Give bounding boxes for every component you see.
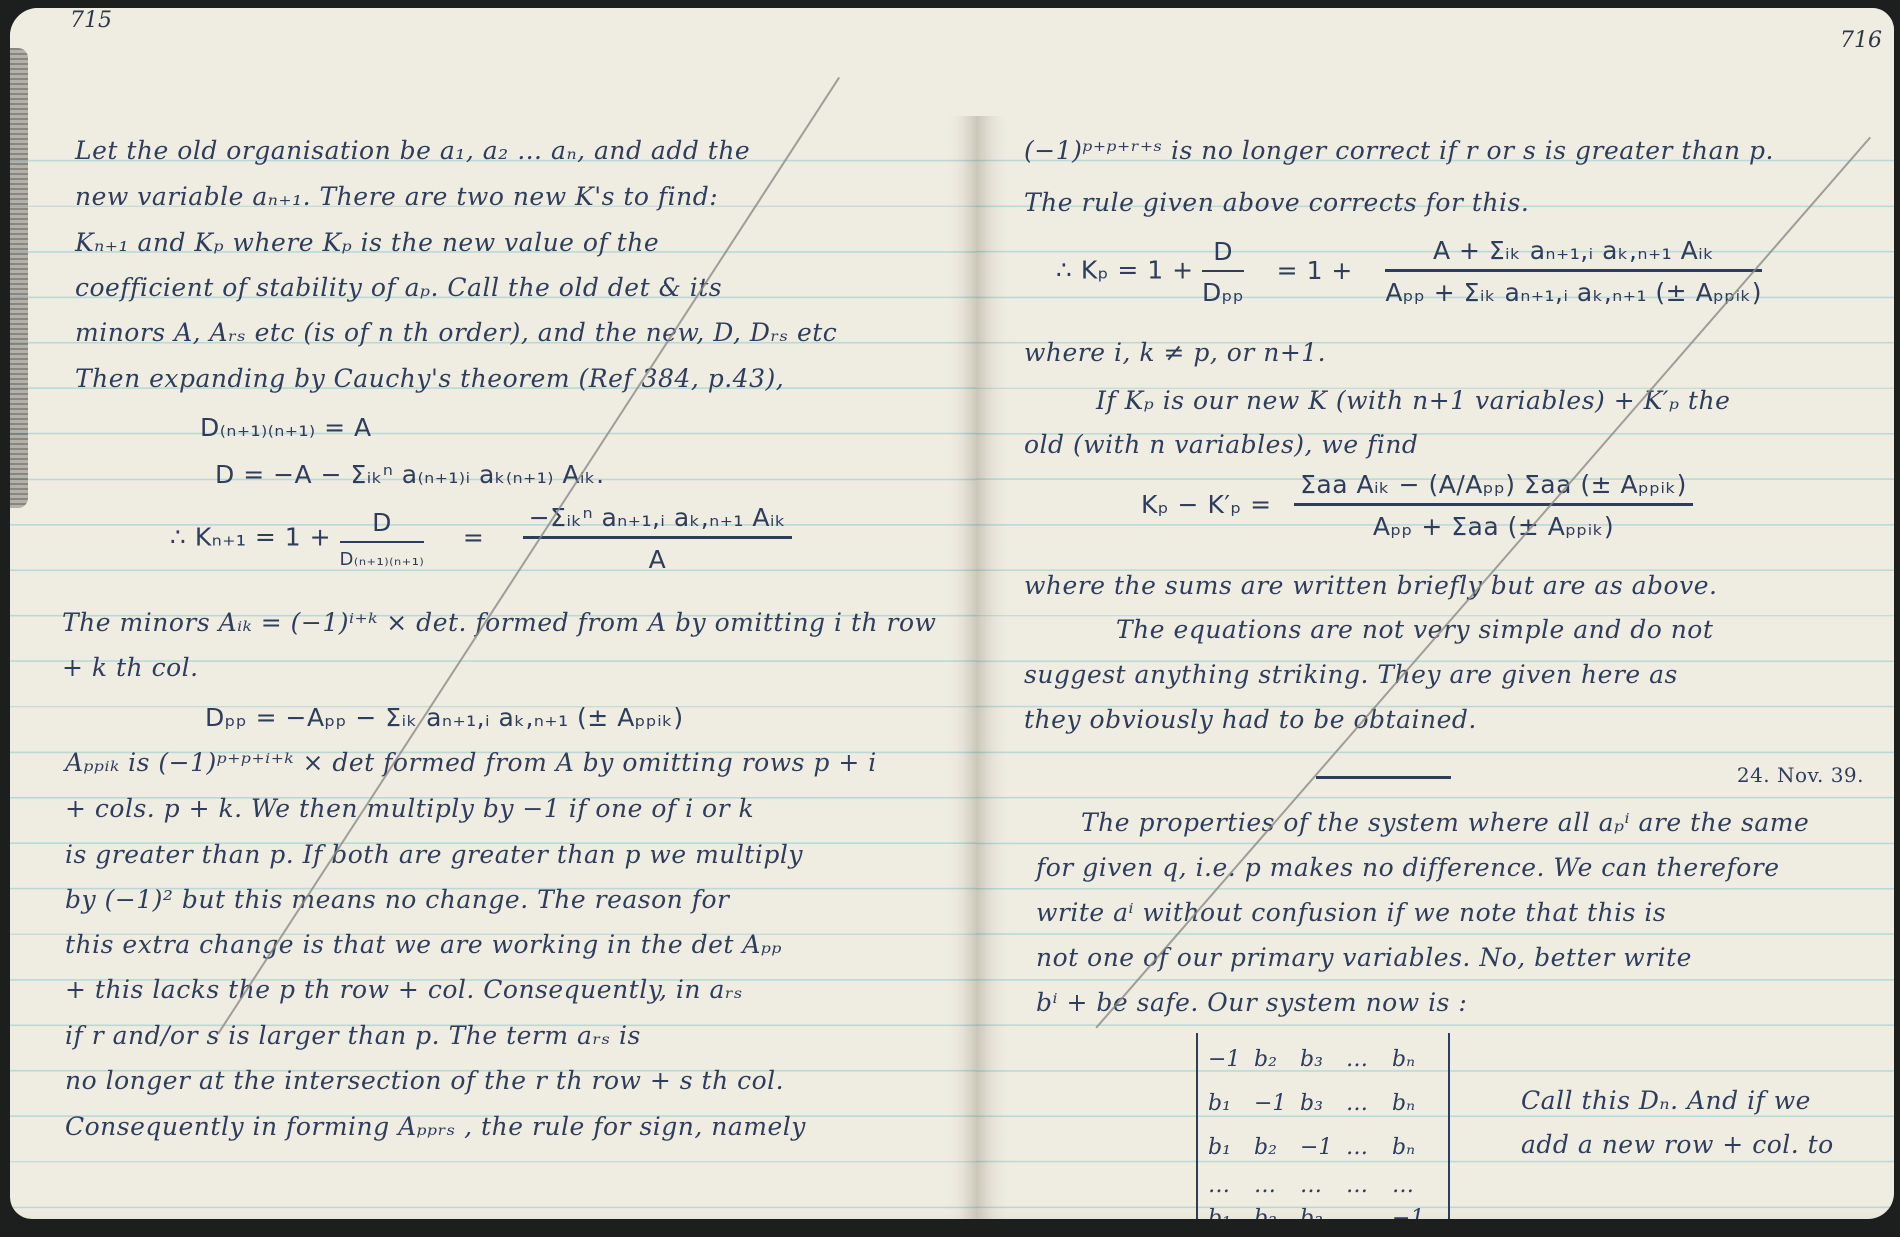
matrix-cell: b₁	[1208, 1135, 1254, 1160]
equation: Kₚ − K′ₚ = Σaa Aᵢₖ − (A/Aₚₚ) Σaa (± Aₚₚᵢ…	[1141, 470, 1693, 541]
fraction-denominator: A	[523, 539, 792, 574]
matrix-cell: …	[1346, 1173, 1392, 1198]
fraction-numerator: −Σᵢₖⁿ aₙ₊₁,ᵢ aₖ,ₙ₊₁ Aᵢₖ	[523, 503, 792, 539]
entry-date: 24. Nov. 39.	[1737, 763, 1864, 787]
fraction-numerator: A + Σᵢₖ aₙ₊₁,ᵢ aₖ,ₙ₊₁ Aᵢₖ	[1385, 236, 1762, 272]
matrix-cell: −1	[1254, 1091, 1300, 1116]
determinant-row: −1 b₂ b₃ … bₙ	[1208, 1037, 1438, 1081]
fraction: D Dₚₚ	[1202, 237, 1244, 307]
fraction-numerator: D	[1202, 237, 1244, 272]
determinant-row: b₁ −1 b₃ … bₙ	[1208, 1081, 1438, 1125]
determinant-row: b₁ b₂ −1 … bₙ	[1208, 1125, 1438, 1169]
fraction-denominator: Aₚₚ + Σaa (± Aₚₚᵢₖ)	[1294, 506, 1693, 541]
text-line: if r and/or s is larger than p. The term…	[65, 1021, 641, 1050]
matrix-cell: …	[1300, 1173, 1346, 1198]
determinant-row: b₁ b₂ b₃ … −1	[1208, 1201, 1438, 1219]
equation: D = −A − Σᵢₖⁿ a₍ₙ₊₁₎ᵢ aₖ₍ₙ₊₁₎ Aᵢₖ.	[215, 460, 605, 489]
text-line: + cols. p + k. We then multiply by −1 if…	[65, 794, 754, 823]
text-line: Kₙ₊₁ and Kₚ where Kₚ is the new value of…	[75, 228, 659, 257]
matrix-cell: bₙ	[1392, 1047, 1438, 1072]
fraction: A + Σᵢₖ aₙ₊₁,ᵢ aₖ,ₙ₊₁ Aᵢₖ Aₚₚ + Σᵢₖ aₙ₊₁…	[1385, 236, 1762, 307]
matrix-cell: b₂	[1254, 1047, 1300, 1072]
matrix-cell: b₃	[1300, 1047, 1346, 1072]
text-line: minors A, Aᵣₛ etc (is of n th order), an…	[75, 318, 837, 347]
text-line: Call this Dₙ. And if we	[1521, 1086, 1811, 1115]
equation: ∴ Kₚ = 1 + D Dₚₚ = 1 + A + Σᵢₖ aₙ₊₁,ᵢ aₖ…	[1056, 236, 1762, 307]
matrix-cell: bₙ	[1392, 1091, 1438, 1116]
spiral-binding-edge	[10, 48, 28, 508]
matrix-cell: …	[1346, 1135, 1392, 1160]
page-number-right: 716	[1840, 28, 1882, 53]
text-line: Let the old organisation be a₁, a₂ … aₙ,…	[75, 136, 750, 165]
matrix-cell: …	[1346, 1091, 1392, 1116]
text-line: bⁱ + be safe. Our system now is :	[1036, 988, 1467, 1017]
right-notebook-page: 716 (−1)ᵖ⁺ᵖ⁺ʳ⁺ˢ is no longer correct if …	[976, 8, 1894, 1219]
fraction-denominator: Aₚₚ + Σᵢₖ aₙ₊₁,ᵢ aₖ,ₙ₊₁ (± Aₚₚᵢₖ)	[1385, 272, 1762, 307]
equals-sign: =	[463, 523, 484, 552]
matrix-cell: bₙ	[1392, 1135, 1438, 1160]
left-notebook-page: 715 Let the old organisation be a₁, a₂ ……	[10, 8, 976, 1219]
text-line: (−1)ᵖ⁺ᵖ⁺ʳ⁺ˢ is no longer correct if r or…	[1024, 136, 1774, 165]
determinant-row: … … … … …	[1208, 1169, 1438, 1201]
fraction-numerator: Σaa Aᵢₖ − (A/Aₚₚ) Σaa (± Aₚₚᵢₖ)	[1294, 470, 1693, 506]
fraction-numerator: D	[340, 508, 425, 543]
matrix-cell: b₂	[1254, 1135, 1300, 1160]
text-line: suggest anything striking. They are give…	[1024, 660, 1678, 689]
text-line: + k th col.	[62, 653, 199, 682]
fraction: −Σᵢₖⁿ aₙ₊₁,ᵢ aₖ,ₙ₊₁ Aᵢₖ A	[523, 503, 792, 574]
text-line: where i, k ≠ p, or n+1.	[1024, 338, 1326, 367]
matrix-cell: …	[1254, 1173, 1300, 1198]
matrix-cell: …	[1346, 1206, 1392, 1220]
equation: D₍ₙ₊₁₎₍ₙ₊₁₎ = A	[200, 413, 372, 442]
matrix-cell: b₂	[1254, 1206, 1300, 1220]
matrix-cell: b₃	[1300, 1206, 1346, 1220]
text-line: they obviously had to be obtained.	[1024, 705, 1477, 734]
matrix-cell: …	[1392, 1173, 1438, 1198]
matrix-cell: b₁	[1208, 1206, 1254, 1220]
matrix-cell: −1	[1208, 1047, 1254, 1072]
equals-sign: = 1 +	[1277, 256, 1353, 285]
equation-lhs: Kₚ − K′ₚ =	[1141, 490, 1272, 519]
matrix-cell: …	[1346, 1047, 1392, 1072]
text-line: is greater than p. If both are greater t…	[65, 840, 803, 869]
text-line: this extra change is that we are working…	[65, 930, 782, 959]
fraction-denominator: Dₚₚ	[1202, 272, 1244, 307]
text-line: by (−1)² but this means no change. The r…	[65, 885, 729, 914]
fraction: D D₍ₙ₊₁₎₍ₙ₊₁₎	[340, 508, 425, 570]
text-line: write aⁱ without confusion if we note th…	[1036, 898, 1666, 927]
text-line: new variable aₙ₊₁. There are two new K's…	[75, 182, 718, 211]
text-line: for given q, i.e. p makes no difference.…	[1036, 853, 1780, 882]
equation: Dₚₚ = −Aₚₚ − Σᵢₖ aₙ₊₁,ᵢ aₖ,ₙ₊₁ (± Aₚₚᵢₖ)	[205, 703, 684, 732]
text-line: add a new row + col. to	[1521, 1130, 1834, 1159]
equation-lhs: ∴ Kₙ₊₁ = 1 +	[170, 523, 331, 552]
section-divider	[1316, 776, 1451, 779]
matrix-cell: b₁	[1208, 1091, 1254, 1116]
text-line: The minors Aᵢₖ = (−1)ⁱ⁺ᵏ × det. formed f…	[62, 608, 936, 637]
fraction-denominator: D₍ₙ₊₁₎₍ₙ₊₁₎	[340, 543, 425, 570]
text-line: coefficient of stability of aₚ. Call the…	[75, 273, 722, 302]
text-line: The equations are not very simple and do…	[1116, 615, 1713, 644]
page-number-left: 715	[70, 8, 112, 33]
matrix-cell: −1	[1300, 1135, 1346, 1160]
text-line: old (with n variables), we find	[1024, 430, 1418, 459]
determinant-matrix: −1 b₂ b₃ … bₙ b₁ −1 b₃ … bₙ b₁ b₂ −1 … b…	[1196, 1033, 1450, 1219]
text-line: The rule given above corrects for this.	[1024, 188, 1529, 217]
equation-lhs: ∴ Kₚ = 1 +	[1056, 256, 1194, 285]
matrix-cell: b₃	[1300, 1091, 1346, 1116]
equation: ∴ Kₙ₊₁ = 1 + D D₍ₙ₊₁₎₍ₙ₊₁₎ = −Σᵢₖⁿ aₙ₊₁,…	[170, 503, 792, 574]
fraction: Σaa Aᵢₖ − (A/Aₚₚ) Σaa (± Aₚₚᵢₖ) Aₚₚ + Σa…	[1294, 470, 1693, 541]
text-line: not one of our primary variables. No, be…	[1036, 943, 1692, 972]
matrix-cell: …	[1208, 1173, 1254, 1198]
text-line: + this lacks the p th row + col. Consequ…	[65, 975, 743, 1004]
matrix-cell: −1	[1392, 1206, 1438, 1220]
text-line: Consequently in forming Aₚₚᵣₛ , the rule…	[65, 1112, 806, 1141]
text-line: no longer at the intersection of the r t…	[65, 1066, 784, 1095]
text-line: If Kₚ is our new K (with n+1 variables) …	[1096, 386, 1730, 415]
text-line: where the sums are written briefly but a…	[1024, 571, 1717, 600]
text-line: The properties of the system where all a…	[1081, 808, 1809, 837]
text-line: Aₚₚᵢₖ is (−1)ᵖ⁺ᵖ⁺ⁱ⁺ᵏ × det formed from A…	[65, 748, 877, 777]
text-line: Then expanding by Cauchy's theorem (Ref …	[75, 364, 784, 393]
